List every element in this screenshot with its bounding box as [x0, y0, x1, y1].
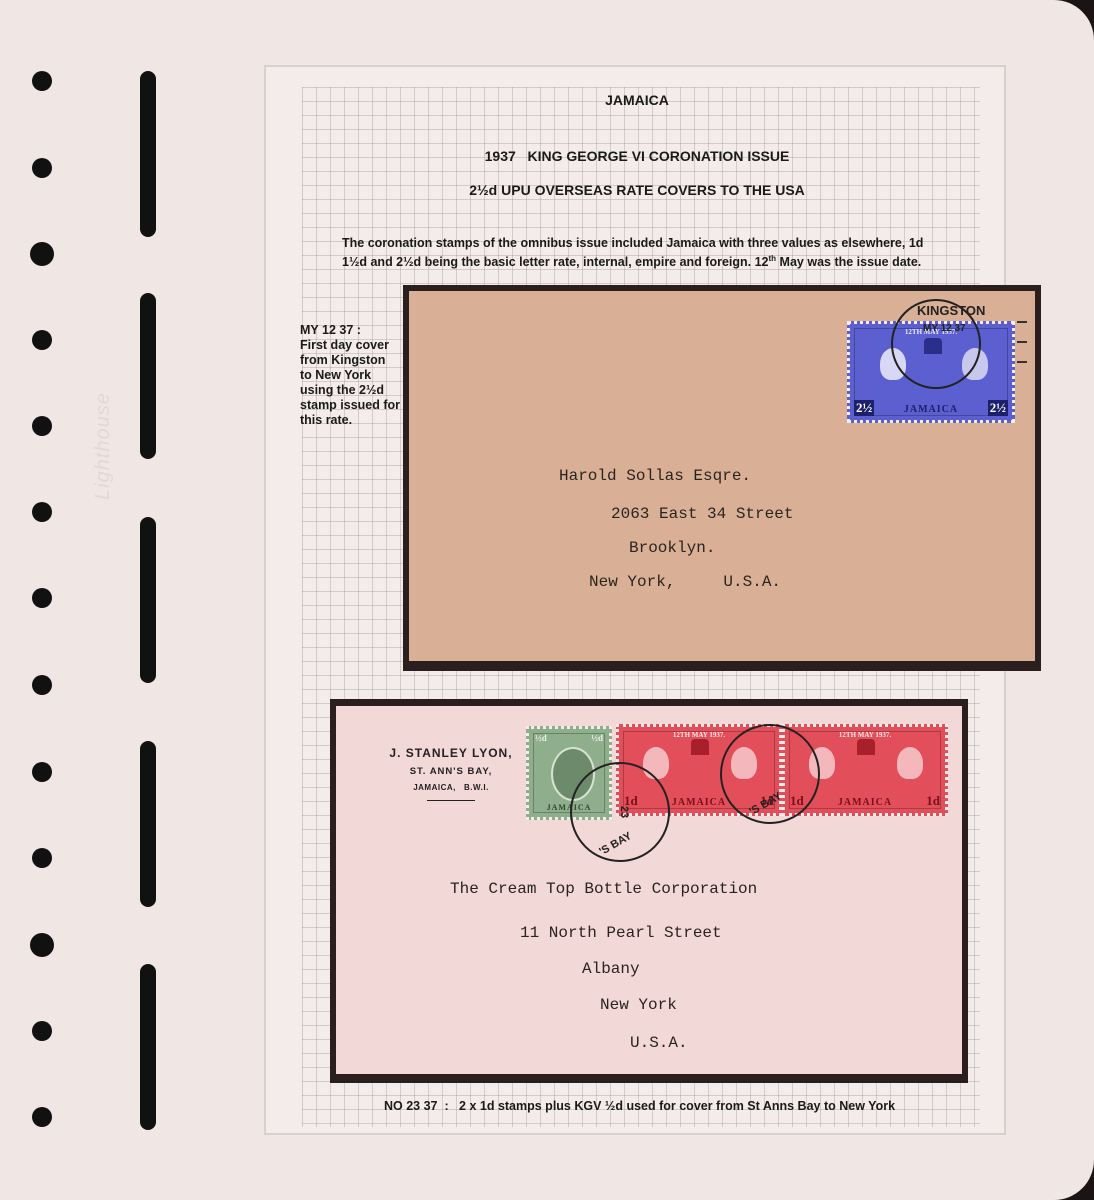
postmark-town: KINGSTON: [917, 303, 985, 318]
album-page: Lighthouse JAMAICA 1937 KING GEORGE VI C…: [0, 0, 1094, 1200]
address-line: The Cream Top Bottle Corporation: [450, 880, 757, 898]
address-line: New York: [600, 996, 677, 1014]
intro-line-1: The coronation stamps of the omnibus iss…: [342, 235, 982, 251]
binder-slot: [140, 517, 156, 683]
binder-hole: [32, 71, 52, 91]
binder-hole: [32, 1107, 52, 1127]
binder-hole: [32, 762, 52, 782]
binder-hole: [30, 933, 54, 957]
binder-hole: [32, 588, 52, 608]
cancel-mark: [1017, 341, 1027, 343]
binder-hole: [30, 242, 54, 266]
binder-slot: [140, 964, 156, 1130]
binder-hole: [32, 416, 52, 436]
address-line: Harold Sollas Esqre.: [559, 467, 751, 485]
cover1-caption: MY 12 37 : First day cover from Kingston…: [300, 323, 410, 428]
binder-hole: [32, 675, 52, 695]
address-line: U.S.A.: [630, 1034, 688, 1052]
issue-subtitle: 2½d UPU OVERSEAS RATE COVERS TO THE USA: [266, 182, 1008, 198]
binder-hole: [32, 848, 52, 868]
address-line: New York, U.S.A.: [589, 573, 781, 591]
crown-icon: [691, 739, 709, 755]
st-anns-bay-postmark: [720, 724, 820, 824]
address-line: Brooklyn.: [629, 539, 715, 557]
issue-title: 1937 KING GEORGE VI CORONATION ISSUE: [266, 148, 1008, 164]
stamp-date-text: 12TH MAY 1937.: [785, 731, 945, 739]
address-line: Albany: [582, 960, 640, 978]
crown-icon: [857, 739, 875, 755]
cover2-caption: NO 23 37 : 2 x 1d stamps plus KGV ½d use…: [384, 1099, 895, 1113]
postmark-date: MY 12 37: [923, 323, 966, 334]
album-watermark: Lighthouse: [92, 392, 115, 500]
address-line: 2063 East 34 Street: [611, 505, 793, 523]
stamp-value-right: 2½: [988, 400, 1008, 416]
binder-hole: [32, 158, 52, 178]
cancel-mark: [1017, 321, 1027, 323]
binder-hole: [32, 502, 52, 522]
binder-hole: [32, 330, 52, 350]
binder-slot: [140, 71, 156, 237]
address-line: 11 North Pearl Street: [520, 924, 722, 942]
stamp-value-right: ½d: [591, 733, 603, 743]
postmark-date: 23: [618, 806, 630, 818]
stamp-value-right: 1d: [926, 793, 940, 809]
page-country-title: JAMAICA: [266, 92, 1008, 108]
king-portrait-icon: [897, 747, 923, 779]
intro-text: The coronation stamps of the omnibus iss…: [342, 235, 982, 270]
cover2-envelope[interactable]: J. STANLEY LYON, ST. ANN'S BAY, JAMAICA,…: [336, 706, 962, 1074]
binder-slot: [140, 741, 156, 907]
binder-hole: [32, 1021, 52, 1041]
cancel-mark: [1017, 361, 1027, 363]
intro-line-2: 1½d and 2½d being the basic letter rate,…: [342, 251, 982, 270]
return-address: J. STANLEY LYON, ST. ANN'S BAY, JAMAICA,…: [376, 746, 526, 801]
return-address-rule: [427, 800, 475, 801]
binder-slot: [140, 293, 156, 459]
cover1-envelope[interactable]: 12TH MAY 1937. 2½ JAMAICA 2½ KINGSTON MY…: [409, 291, 1035, 661]
stamp-value-left: ½d: [535, 733, 547, 743]
